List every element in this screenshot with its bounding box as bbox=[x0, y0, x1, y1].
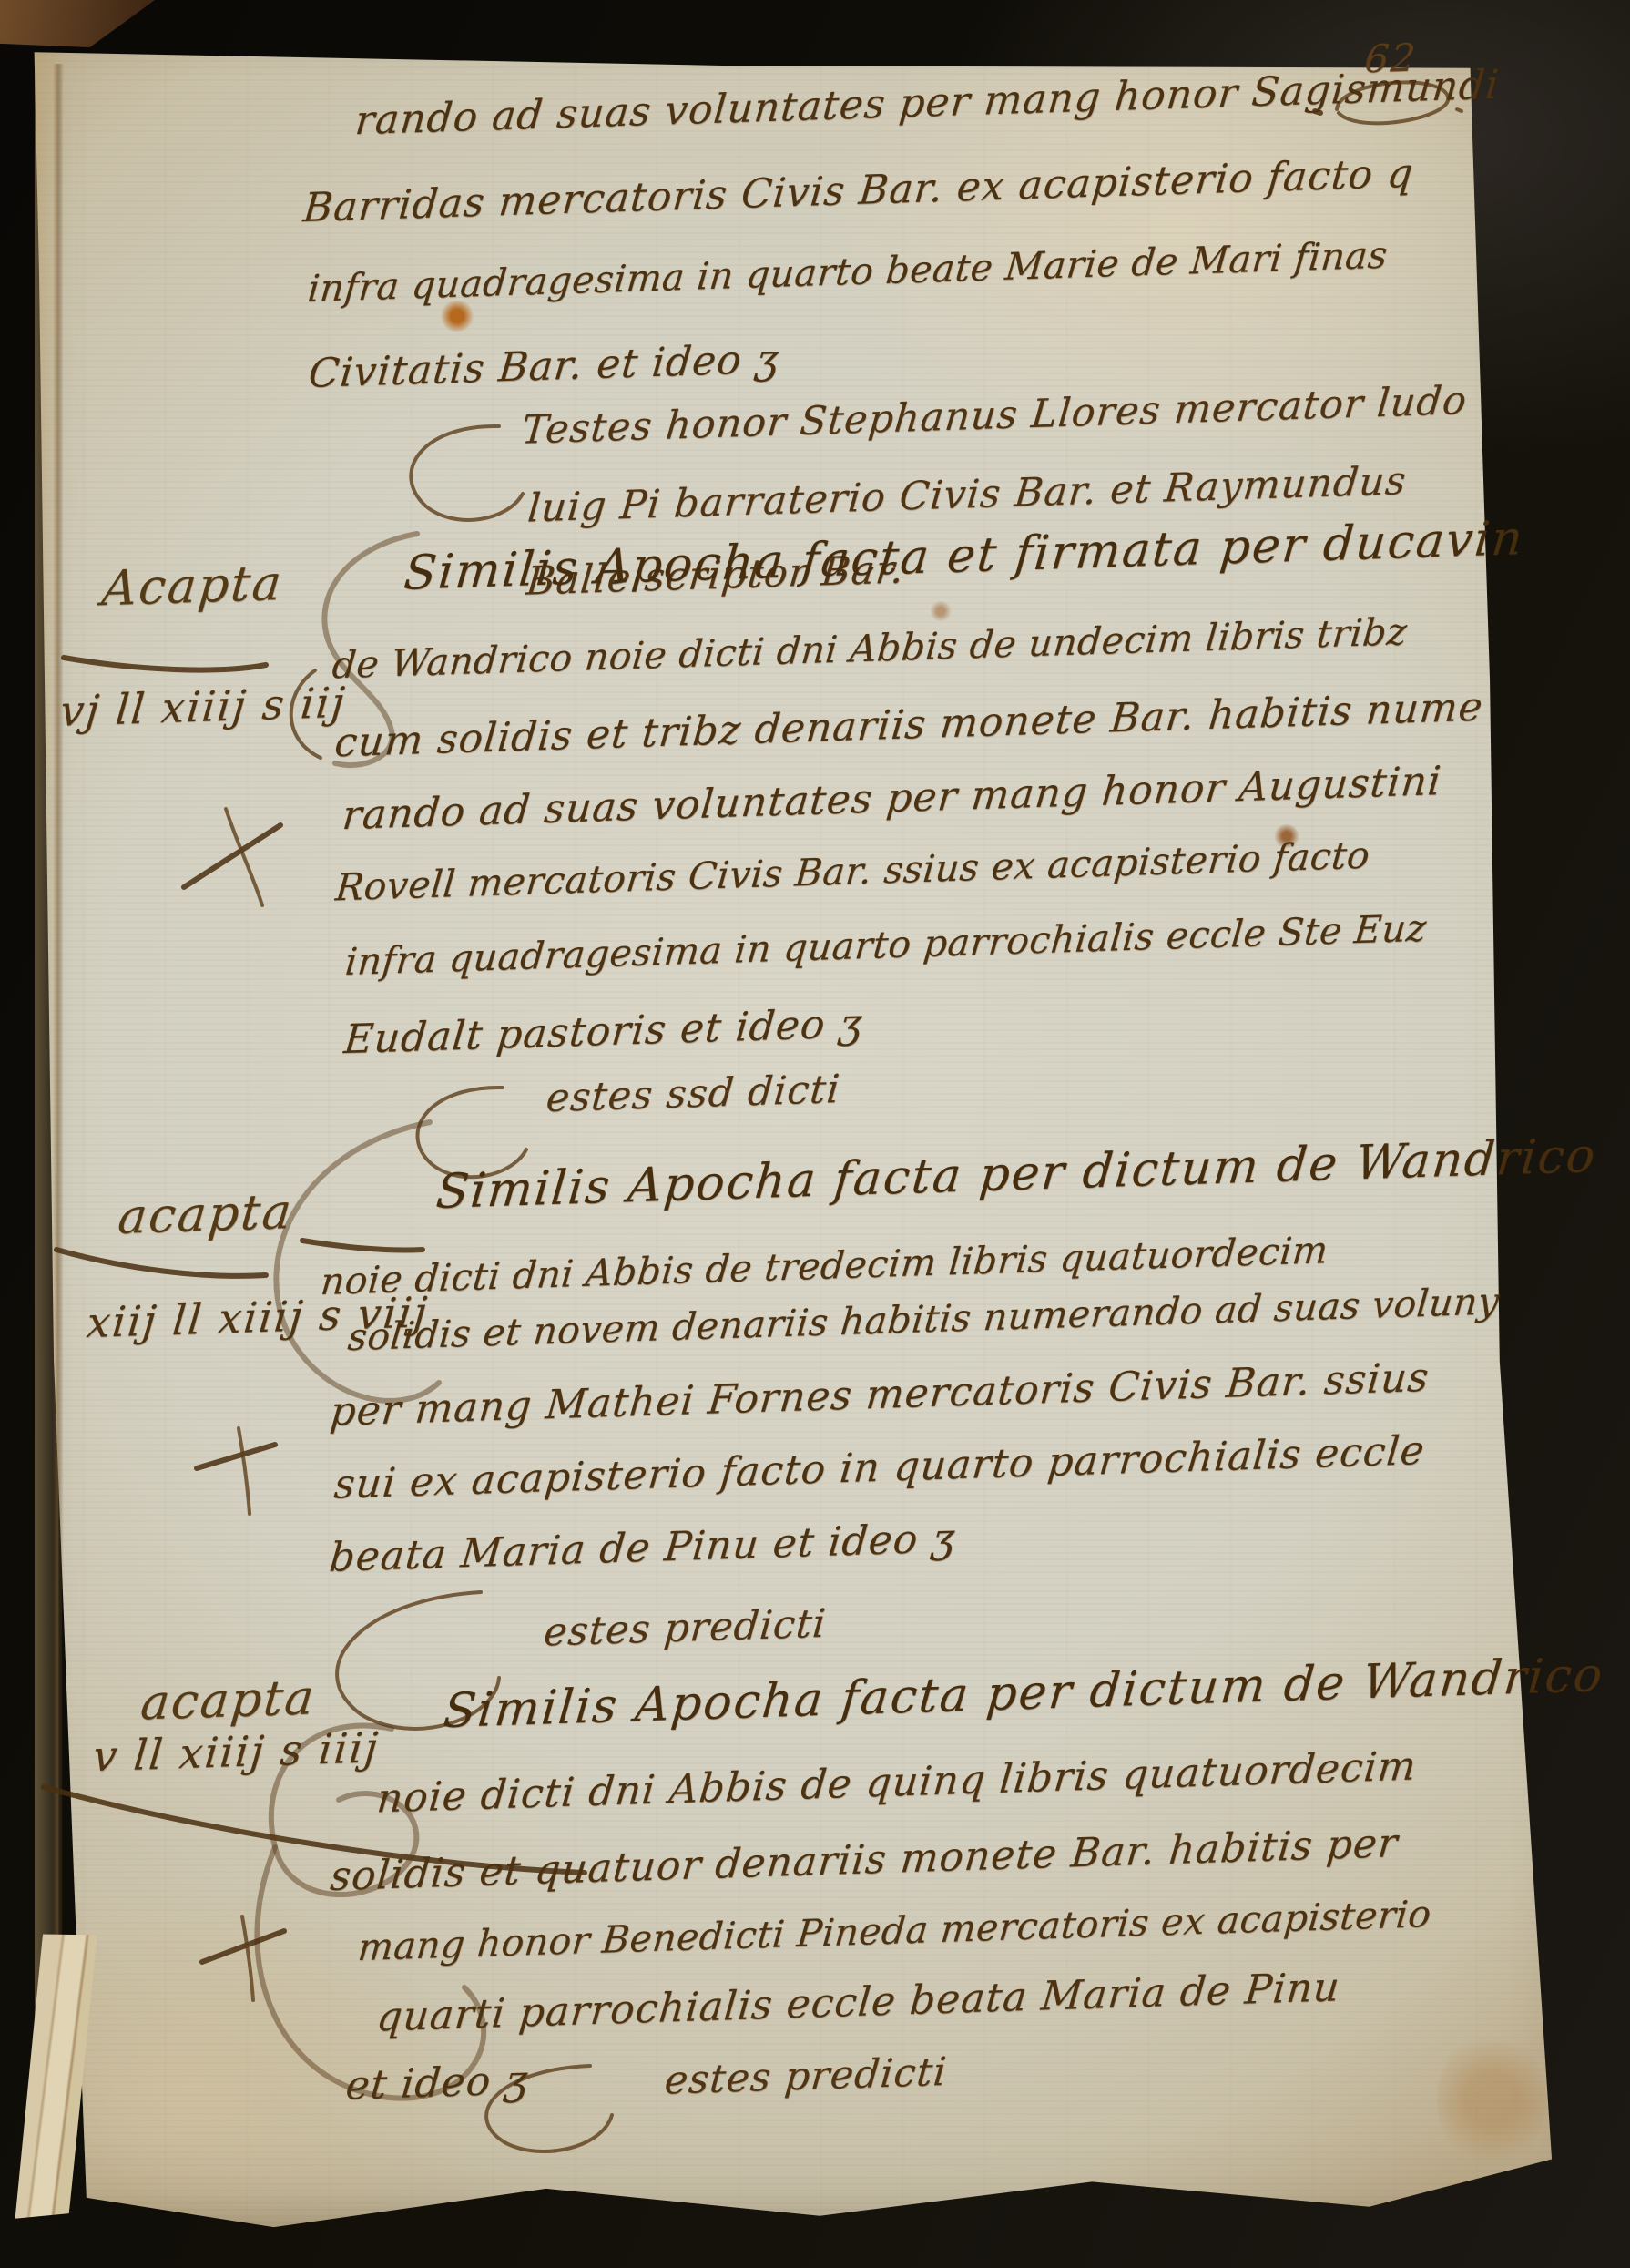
manuscript-line: rando ad suas voluntates per mang honor … bbox=[341, 758, 1443, 839]
manuscript-line: beata Maria de Pinu et ideo ʒ bbox=[327, 1515, 957, 1581]
margin-label: acapta bbox=[116, 1184, 295, 1245]
handwriting-layer: 62 rando ad suas voluntates per mang hon… bbox=[0, 0, 1630, 2268]
manuscript-line: quarti parrochialis eccle beata Maria de… bbox=[374, 1964, 1342, 2040]
margin-amount: v ll xiiij s iiij bbox=[91, 1722, 382, 1781]
photo-backdrop: 62 rando ad suas voluntates per mang hon… bbox=[0, 0, 1630, 2268]
margin-amount: vj ll xiiij s iij bbox=[58, 678, 349, 736]
manuscript-line: solidis et quatuor denariis monete Bar. … bbox=[328, 1820, 1400, 1900]
manuscript-line: rando ad suas voluntates per mang honor … bbox=[353, 62, 1502, 145]
manuscript-line: Similis Apocha facta per dictum de Wandr… bbox=[433, 1129, 1599, 1220]
witness-line: estes predicti bbox=[663, 2049, 949, 2104]
manuscript-line: noie dicti dni Abbis de quinq libris qua… bbox=[375, 1742, 1419, 1822]
manuscript-line: Similis Apocha facta per dictum de Wandr… bbox=[441, 1648, 1606, 1739]
manuscript-line: cum solidis et tribz denariis monete Bar… bbox=[332, 684, 1485, 767]
manuscript-line: de Wandrico noie dicti dni Abbis de unde… bbox=[331, 609, 1409, 687]
manuscript-line: infra quadragesima in quarto beate Marie… bbox=[306, 233, 1390, 311]
manuscript-line: infra quadragesima in quarto parrochiali… bbox=[343, 906, 1429, 984]
manuscript-line: sui ex acapisterio facto in quarto parro… bbox=[332, 1427, 1427, 1508]
manuscript-line: Barridas mercatoris Civis Bar. ex acapis… bbox=[301, 150, 1416, 231]
margin-label: acapta bbox=[138, 1670, 318, 1731]
witness-line: Testes honor Stephanus Llores mercator l… bbox=[520, 378, 1470, 454]
manuscript-line: et ideo ʒ bbox=[344, 2057, 531, 2109]
manuscript-line: Eudalt pastoris et ideo ʒ bbox=[342, 1000, 865, 1063]
margin-label: Acapta bbox=[99, 556, 285, 617]
manuscript-line: mang honor Benedicti Pineda mercatoris e… bbox=[356, 1892, 1433, 1969]
manuscript-line: per mang Mathei Fornes mercatoris Civis … bbox=[328, 1354, 1431, 1435]
manuscript-line: Civitatis Bar. et ideo ʒ bbox=[307, 336, 781, 397]
witness-line: estes predicti bbox=[542, 1601, 828, 1656]
manuscript-line: Rovell mercatoris Civis Bar. ssius ex ac… bbox=[333, 833, 1371, 910]
witness-line: estes ssd dicti bbox=[545, 1067, 842, 1121]
